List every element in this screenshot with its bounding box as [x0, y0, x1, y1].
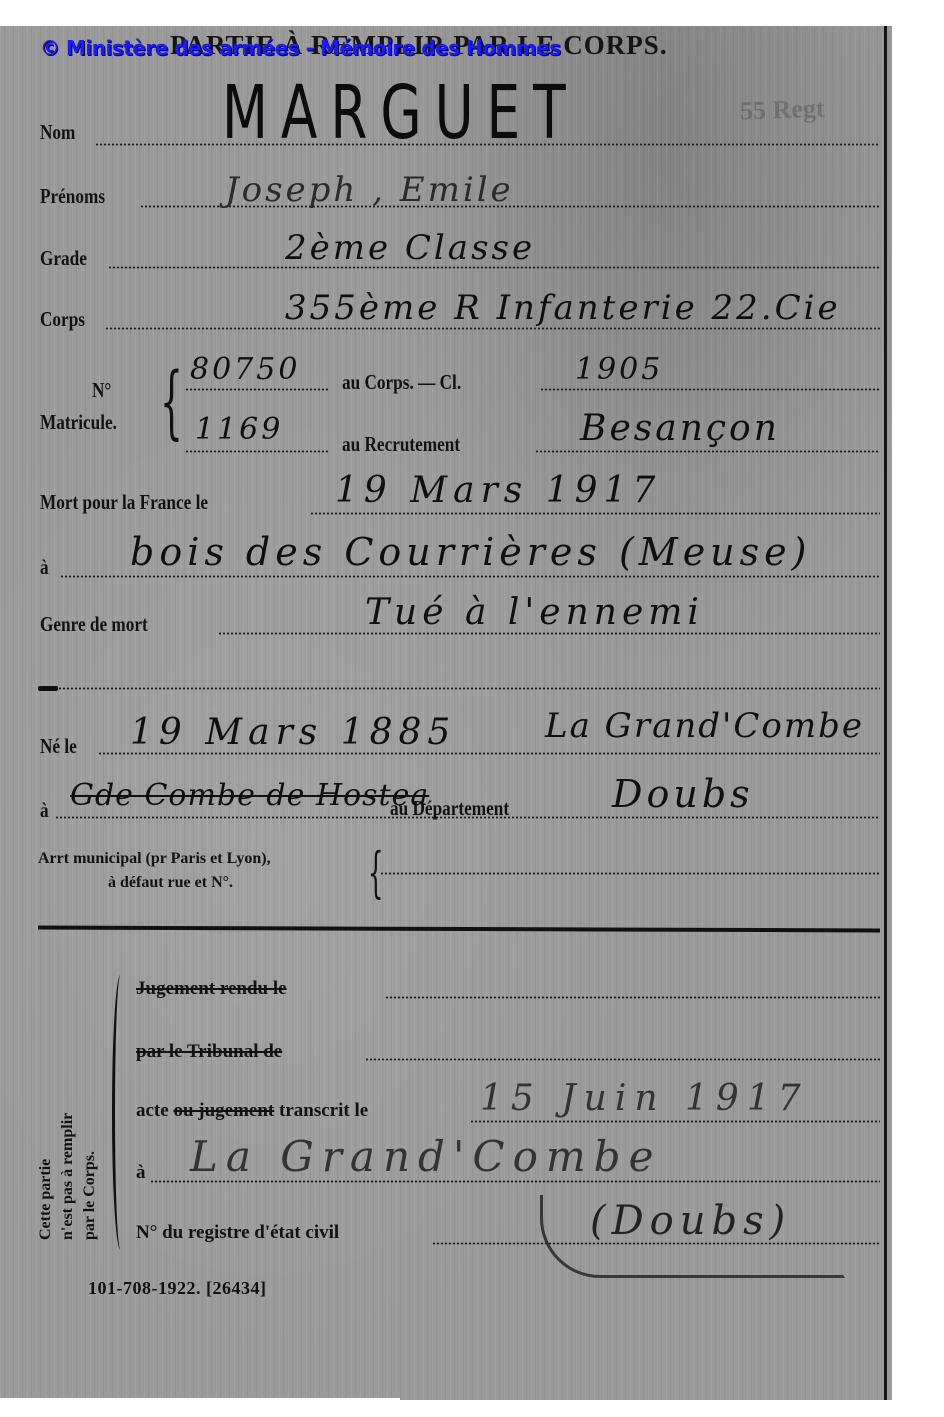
acte-struck: ou jugement: [173, 1100, 274, 1121]
genre-mort-value: Tué à l'ennemi: [365, 592, 704, 633]
registre-label: N° du registre d'état civil: [136, 1222, 339, 1244]
corps-value: 355ème R Infanterie 22.Cie: [285, 288, 841, 328]
departement-value: Doubs: [612, 772, 754, 816]
naissance-label: Né le: [40, 734, 77, 759]
acte-date-value: 15 Juin 1917: [480, 1078, 809, 1119]
mort-label: Mort pour la France le: [40, 490, 208, 515]
blank-line-marker: [38, 686, 58, 691]
nom-label: Nom: [40, 120, 75, 145]
mort-leader: [310, 512, 880, 515]
tribunal-label: par le Tribunal de: [136, 1041, 282, 1063]
acte-prefix: acte: [136, 1100, 169, 1121]
side-note-line1: Cette partie: [37, 1159, 55, 1240]
surname-value: MARGUET: [222, 70, 579, 156]
transcription-lieu-value: La Grand'Combe: [190, 1132, 661, 1181]
acte-suffix: transcrit le: [279, 1100, 368, 1121]
regiment-stamp: 55 Regt: [740, 94, 825, 127]
acte-leader: [470, 1120, 880, 1123]
matricule-label: Matricule.: [40, 410, 117, 435]
card-right-border: [884, 26, 887, 1400]
jugement-label: Jugement rendu le: [136, 978, 287, 1000]
lieu-mort-label: à: [40, 555, 49, 580]
naissance-lieu-value: La Grand'Combe: [545, 706, 864, 746]
au-corps-label: au Corps. — Cl.: [342, 370, 461, 395]
blank-line-leader: [58, 687, 880, 690]
lieu-naissance-label: à: [40, 798, 49, 823]
recrutement-label: au Recrutement: [342, 432, 460, 457]
prenoms-label: Prénoms: [40, 184, 105, 209]
classe-value: 1905: [575, 352, 663, 387]
arrondissement-label-line2: à défaut rue et N°.: [108, 874, 233, 892]
grade-label: Grade: [40, 246, 87, 271]
departement-label: au Département: [390, 796, 509, 821]
matricule-recrutement-value: 1169: [195, 412, 283, 447]
prenoms-value: Joseph , Emile: [225, 170, 514, 210]
copyright-watermark: © Ministère des armées - Mémoire des Hom…: [40, 36, 561, 60]
recrutement-value: Besançon: [580, 408, 780, 449]
side-note-line3: par le Corps.: [81, 1151, 99, 1240]
lieu-mort-leader: [60, 575, 880, 578]
side-note-line2: n'est pas à remplir: [59, 1113, 77, 1240]
matricule-corps-leader: [185, 388, 330, 391]
naissance-date-value: 19 Mars 1885: [130, 712, 456, 753]
lieu-naissance-struck-value: Gde Combe de Hostea: [70, 778, 429, 813]
matricule-corps-value: 80750: [190, 352, 300, 387]
arrondissement-label-line1: Arrt municipal (pr Paris et Lyon),: [38, 850, 271, 868]
recrutement-leader: [535, 450, 880, 453]
grade-value: 2ème Classe: [285, 228, 535, 268]
corps-label: Corps: [40, 307, 85, 332]
civil-side-note: Cette partie n'est pas à remplir par le …: [35, 1010, 115, 1240]
matricule-no-label: N°: [92, 378, 111, 403]
jugement-leader: [385, 996, 880, 999]
genre-mort-label: Genre de mort: [40, 612, 148, 637]
transcription-lieu-label: à: [136, 1162, 146, 1184]
matricule-brace: {: [160, 362, 183, 442]
mort-date-value: 19 Mars 1917: [335, 470, 661, 511]
print-reference-code: 101-708-1922. [26434]: [88, 1278, 266, 1299]
scan-edge: [0, 1398, 400, 1401]
classe-leader: [540, 388, 880, 391]
acte-label: acte ou jugement transcrit le: [136, 1100, 368, 1122]
arrondissement-leader: [380, 872, 880, 875]
lieu-mort-value: bois des Courrières (Meuse): [130, 530, 811, 574]
matricule-recrutement-leader: [185, 450, 330, 453]
civil-bracket: [112, 975, 129, 1250]
handwritten-flourish: [540, 1195, 845, 1278]
tribunal-leader: [365, 1058, 880, 1061]
